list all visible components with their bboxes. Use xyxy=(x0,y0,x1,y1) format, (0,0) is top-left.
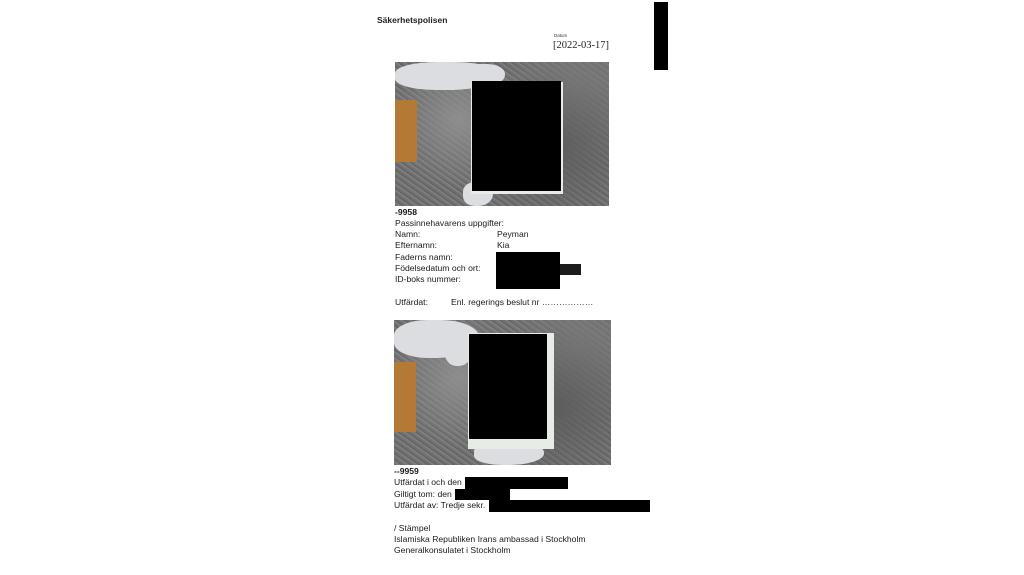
stamp-label: / Stämpel xyxy=(394,523,430,534)
issued-label: Utfärdat: xyxy=(395,297,428,308)
passport-photo-2 xyxy=(394,320,611,465)
passport-number-2: --9959 xyxy=(394,466,419,477)
issued-value: Enl. regerings beslut nr ……………… xyxy=(451,297,593,308)
issued-place-date: Utfärdat i och den xyxy=(394,477,462,488)
agency-name: Säkerhetspolisen xyxy=(377,15,447,25)
redaction-issued-place xyxy=(465,477,568,489)
valid-until: Giltigt tom: den xyxy=(394,489,452,500)
holder-section-title: Passinnehavarens uppgifter: xyxy=(395,218,504,229)
field-value-name: Peyman xyxy=(497,229,529,240)
photo-redaction xyxy=(472,81,561,191)
field-label-id: ID-boks nummer: xyxy=(395,274,461,285)
field-value-surname: Kia xyxy=(497,240,509,251)
consulate-text: Generalkonsulatet i Stockholm xyxy=(394,545,511,556)
orange-background xyxy=(394,362,416,432)
field-label-surname: Efternamn: xyxy=(395,240,437,251)
orange-background xyxy=(395,100,417,162)
passport-photo-1 xyxy=(395,62,609,206)
photo-redaction xyxy=(469,334,547,439)
field-label-name: Namn: xyxy=(395,229,420,240)
field-label-birth: Födelsedatum och ort: xyxy=(395,263,481,274)
redaction-personal-data xyxy=(496,252,560,289)
date-value: [2022-03-17] xyxy=(553,40,609,51)
field-label-father: Faderns namn: xyxy=(395,252,453,263)
redaction-birth-extension xyxy=(560,264,581,275)
embassy-text: Islamiska Republiken Irans ambassad i St… xyxy=(394,534,586,545)
date-label: Datum xyxy=(554,33,567,38)
issued-by: Utfärdat av: Tredje sekr. xyxy=(394,500,485,511)
redaction-issuer xyxy=(489,500,650,512)
redaction-bar xyxy=(654,2,668,70)
redaction-valid-date xyxy=(455,489,510,500)
passport-number-1: -9958 xyxy=(395,207,417,218)
